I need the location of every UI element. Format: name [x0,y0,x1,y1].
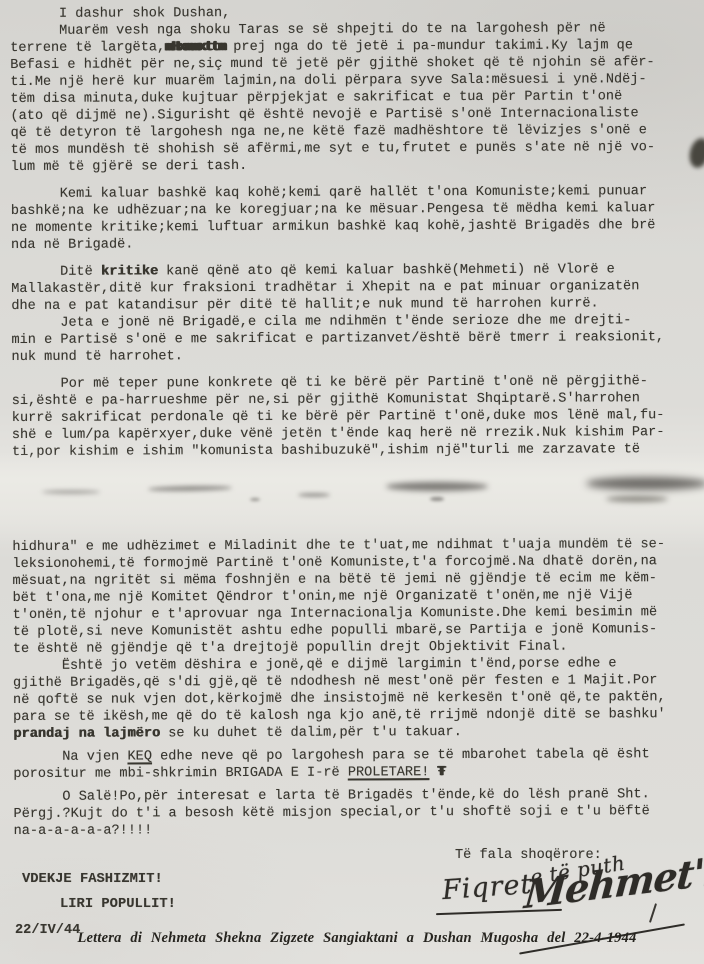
slogan-death-to-fascism: VDEKJE FASHIZMIT! [22,872,163,887]
letter-text-segment: mHxmmxttm [165,40,225,55]
letter-text-segment: nda në Brigadë. [11,237,133,253]
letter-text-segment: Muarëm vesh nga shoku Taras se së shpejt… [10,21,606,39]
letter-line: ne momente kritike;kemi luftuar armikun … [11,217,703,237]
letter-text-segment: nuk mund të harrohet. [12,349,183,365]
letter-text-segment: bët t'ona,me një Komitet Qëndror t'onin,… [13,588,633,606]
letter-text-segment: ne momente kritike;kemi luftuar armikun … [11,218,656,236]
letter-text-segment: t'onën,të njohur e t'aprovuar nga Intern… [13,605,658,623]
letter-line: nda në Brigadë. [11,234,703,254]
fold-gap [12,458,704,539]
letter-line: nuk mund të harrohet. [11,346,703,366]
letter-text-segment: si,është e pa-harrueshme për ne,si për g… [12,391,640,409]
letter-text-segment: hidhura" e me udhëzimet e Miladinit dhe … [12,537,665,555]
letter-line: Mallakastër,ditë kur fraksioni tradhëtar… [11,278,703,298]
letter-text-segment: Na vjen [13,749,127,764]
letter-text-segment: Ditë [11,265,101,280]
signature-fiqret: Fiqret [441,869,533,906]
letter-line: ti,por kishim e ishim "komunista bashibu… [12,441,704,461]
letter-text-segment: që të detyron të largohesh nga ne,ne kët… [11,123,647,141]
letter-line: Na vjen KEQ edhe neve që po largohesh pa… [13,746,704,766]
letter-text-segment: lum më të gjërë se deri tash. [11,159,248,175]
letter-text-segment: I dashur shok Dushan, [10,6,230,22]
letter-text-segment: min e Partisë s'onë e me sakrificat e pa… [11,330,664,348]
letter-text-segment: dhe na e pat katandisur për ditë të hall… [11,296,598,314]
caption: Lettera di Nehmeta Shekna Zigzete Sangia… [50,930,664,947]
letter-text-segment: te është në gjëndje që t'a drejtojë popu… [13,640,568,657]
letter-text-segment: leksionohemi,të formojmë Partinë t'onë K… [12,554,657,572]
letter-text-segment: prandaj na lajmëro [13,726,160,742]
letter-text-segment: ti,por kishim e ishim "komunista bashibu… [12,442,640,460]
letter-line: na-a-a-a-a-a?!!!! [14,820,704,840]
letter-line: porositur me mbi-shkrimin BRIGADA E I-rë… [13,763,704,783]
letter-text-segment: PROLETARE! [348,765,430,780]
slogan-freedom-to-people: LIRI POPULLIT! [60,897,176,912]
letter-text-segment: Mallakastër,ditë kur fraksioni tradhëtar… [11,279,639,297]
letter-line: min e Partisë s'onë e me sakrificat e pa… [11,329,703,349]
ink-stroke [649,903,657,923]
letter-text-segment: KEQ [127,749,152,764]
letter-text-segment: Përgj.?Kujt do t'i a besosh këtë misjon … [13,804,649,822]
letter-text-segment: të mos mundësh të shohish së afërmi,me s… [11,140,656,158]
letter-text-segment: Është jo vetëm dëshira e jonë,që e dijmë… [13,656,617,674]
letter-text-segment: O Salë!Po,për interesat e larta të Briga… [13,787,649,805]
letter-line: Përgj.?Kujt do t'i a besosh këtë misjon … [13,803,704,823]
letter-text-segment: tëm disa minuta,duke kujtuar përpjekjat … [10,89,622,107]
letter-line: para se të ikësh,me që do të kalosh nga … [13,706,704,726]
letter-text-segment: ti.Me një herë kur muarëm lajmin,na doli… [10,72,646,90]
letter-text-segment: Ŧ [438,765,445,780]
letter-line: të plotë,si neve Komunistët ashtu edhe p… [13,621,704,641]
letter-text-segment: bashkë;na ke udhëzuar;na ke koregjuar;na… [11,201,656,219]
letter-line: të mos mundësh të shohish së afërmi,me s… [11,139,703,159]
letter-text-segment: shë e lum/pa kapërxyer,duke vënë jetën t… [12,425,665,443]
letter-text-segment: të plotë,si neve Komunistët ashtu edhe p… [13,622,658,640]
letter-text-segment: na-a-a-a-a-a?!!!! [14,823,153,839]
letter-text-segment: porositur me mbi-shkrimin BRIGADA E I-rë [13,766,348,782]
letter-text-segment: në qoftë se nuk vjen dot,kërkojmë dhe in… [13,690,666,708]
scanned-letter-page: I dashur shok Dushan, Muarëm vesh nga sh… [0,0,704,964]
letter-text-segment: gjithë Brigadës,që s'di gjë,që të ndodhe… [13,673,658,691]
letter-line: prandaj na lajmëro se ku duhet të dalim,… [13,723,704,743]
letter-text-segment: kurrë sakrificat perdonale që ti ke bërë… [12,408,665,426]
letter-text-segment: mësuat,na ngritët si mëma foshnjën e na … [12,571,657,589]
letter-text-segment: Jeta e jonë në Brigadë,e cila me ndihmën… [11,313,631,331]
letter-text-segment: edhe neve që po largohesh para se të mba… [152,747,650,764]
letter-text-segment: kritike [101,264,158,279]
letter-text-segment: (ato që dijmë ne).Sigurisht që është nev… [10,106,638,124]
letter-text-segment: prej nga do të jetë i pa-mundur takimi.K… [225,38,633,55]
letter-text-segment: Kemi kaluar bashkë kaq kohë;kemi qarë ha… [11,184,647,202]
letter-text-segment: terrene të largëta, [10,40,165,56]
letter-text-segment: para se të ikësh,me që do të kalosh nga … [13,707,666,725]
letter-text-segment: se ku duhet të dalim,për t'u takuar. [160,725,462,741]
letter-text-segment: Por më teper pune konkrete që ti ke bërë… [12,374,648,392]
letter-text-segment: kanë qënë ato që kemi kaluar bashkë(Mehm… [158,262,615,279]
letter-text-segment: Befasi e hidhët për ne,siç mund të jetë … [10,55,655,73]
letter-body: I dashur shok Dushan, Muarëm vesh nga sh… [10,3,704,840]
letter-line: lum më të gjërë se deri tash. [11,156,703,176]
